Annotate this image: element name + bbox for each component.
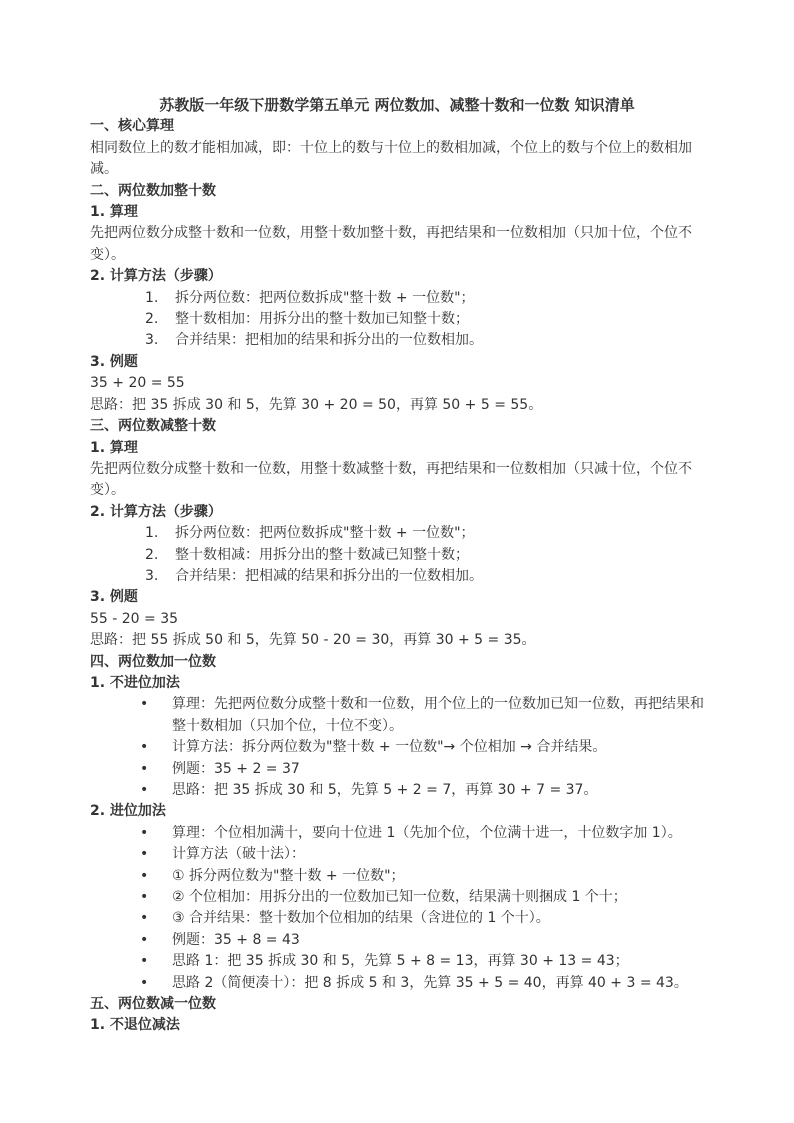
list-number: 3. bbox=[145, 566, 175, 587]
step-text: 整十数相加：用拆分出的整十数加已知整十数； bbox=[175, 309, 704, 330]
bullet-list-item: • 思路 1：把 35 拆成 30 和 5，先算 5 + 8 = 13，再算 3… bbox=[90, 951, 704, 972]
solution-thought: 思路：把 35 拆成 30 和 5，先算 30 + 20 = 50，再算 50 … bbox=[90, 395, 704, 416]
section-heading-add-ones: 四、两位数加一位数 bbox=[90, 652, 704, 673]
bullet-text: 思路 2（简便凑十）：把 8 拆成 5 和 3，先算 35 + 5 = 40，再… bbox=[172, 973, 704, 994]
paragraph: 先把两位数分成整十数和一位数，用整十数加整十数，再把结果和一位数相加（只加十位，… bbox=[90, 223, 704, 266]
subheading-no-carry: 1. 不进位加法 bbox=[90, 673, 704, 694]
bullet-text: 计算方法（破十法）： bbox=[172, 844, 704, 865]
bullet-icon: • bbox=[140, 908, 172, 929]
section-heading-subtract-ones: 五、两位数减一位数 bbox=[90, 994, 704, 1015]
bullet-icon: • bbox=[140, 780, 172, 801]
step-text: 合并结果：把相加的结果和拆分出的一位数相加。 bbox=[175, 330, 704, 351]
section-heading-add-tens: 二、两位数加整十数 bbox=[90, 181, 704, 202]
ordered-list-item: 3. 合并结果：把相减的结果和拆分出的一位数相加。 bbox=[90, 566, 704, 587]
subheading-example: 3. 例题 bbox=[90, 587, 704, 608]
list-number: 1. bbox=[145, 288, 175, 309]
subheading-no-borrow: 1. 不退位减法 bbox=[90, 1015, 704, 1036]
bullet-text: ① 拆分两位数为"整十数 + 一位数"； bbox=[172, 866, 704, 887]
bullet-text: 算理：先把两位数分成整十数和一位数，用个位上的一位数加已知一位数，再把结果和整十… bbox=[172, 694, 704, 737]
subheading-principle: 1. 算理 bbox=[90, 438, 704, 459]
bullet-list-item: • 计算方法（破十法）： bbox=[90, 844, 704, 865]
bullet-text: ③ 合并结果：整十数加个位相加的结果（含进位的 1 个十）。 bbox=[172, 908, 704, 929]
list-number: 1. bbox=[145, 523, 175, 544]
bullet-text: 例题：35 + 2 = 37 bbox=[172, 759, 704, 780]
list-number: 2. bbox=[145, 545, 175, 566]
subheading-carry: 2. 进位加法 bbox=[90, 801, 704, 822]
ordered-list-item: 1. 拆分两位数：把两位数拆成"整十数 + 一位数"； bbox=[90, 288, 704, 309]
bullet-list-item: • 算理：个位相加满十，要向十位进 1（先加个位，个位满十进一，十位数字加 1）… bbox=[90, 823, 704, 844]
equation: 55 - 20 = 35 bbox=[90, 609, 704, 630]
step-text: 整十数相减：用拆分出的整十数减已知整十数； bbox=[175, 545, 704, 566]
bullet-icon: • bbox=[140, 737, 172, 758]
bullet-icon: • bbox=[140, 844, 172, 865]
bullet-list-item: • 例题：35 + 8 = 43 bbox=[90, 930, 704, 951]
ordered-list-item: 1. 拆分两位数：把两位数拆成"整十数 + 一位数"； bbox=[90, 523, 704, 544]
bullet-text: 思路 1：把 35 拆成 30 和 5，先算 5 + 8 = 13，再算 30 … bbox=[172, 951, 704, 972]
bullet-text: 例题：35 + 8 = 43 bbox=[172, 930, 704, 951]
bullet-list-item: • 例题：35 + 2 = 37 bbox=[90, 759, 704, 780]
ordered-list-item: 3. 合并结果：把相加的结果和拆分出的一位数相加。 bbox=[90, 330, 704, 351]
bullet-icon: • bbox=[140, 973, 172, 994]
bullet-list-item: • 思路：把 35 拆成 30 和 5，先算 5 + 2 = 7，再算 30 +… bbox=[90, 780, 704, 801]
bullet-list-item: • ③ 合并结果：整十数加个位相加的结果（含进位的 1 个十）。 bbox=[90, 908, 704, 929]
list-number: 2. bbox=[145, 309, 175, 330]
paragraph: 相同数位上的数才能相加减，即：十位上的数与十位上的数相加减，个位上的数与个位上的… bbox=[90, 138, 704, 181]
bullet-list-item: • ② 个位相加：用拆分出的一位数加已知一位数，结果满十则捆成 1 个十； bbox=[90, 887, 704, 908]
step-text: 拆分两位数：把两位数拆成"整十数 + 一位数"； bbox=[175, 288, 704, 309]
bullet-icon: • bbox=[140, 866, 172, 887]
bullet-list-item: • 算理：先把两位数分成整十数和一位数，用个位上的一位数加已知一位数，再把结果和… bbox=[90, 694, 704, 737]
bullet-text: 计算方法：拆分两位数为"整十数 + 一位数"→ 个位相加 → 合并结果。 bbox=[172, 737, 704, 758]
subheading-principle: 1. 算理 bbox=[90, 202, 704, 223]
bullet-text: ② 个位相加：用拆分出的一位数加已知一位数，结果满十则捆成 1 个十； bbox=[172, 887, 704, 908]
document-page: 苏教版一年级下册数学第五单元 两位数加、减整十数和一位数 知识清单 一、核心算理… bbox=[0, 0, 794, 1123]
bullet-list-item: • 思路 2（简便凑十）：把 8 拆成 5 和 3，先算 35 + 5 = 40… bbox=[90, 973, 704, 994]
list-number: 3. bbox=[145, 330, 175, 351]
bullet-icon: • bbox=[140, 930, 172, 951]
subheading-example: 3. 例题 bbox=[90, 352, 704, 373]
section-heading-core-principle: 一、核心算理 bbox=[90, 116, 704, 137]
bullet-text: 思路：把 35 拆成 30 和 5，先算 5 + 2 = 7，再算 30 + 7… bbox=[172, 780, 704, 801]
bullet-icon: • bbox=[140, 823, 172, 844]
ordered-list-item: 2. 整十数相减：用拆分出的整十数减已知整十数； bbox=[90, 545, 704, 566]
bullet-icon: • bbox=[140, 951, 172, 972]
equation: 35 + 20 = 55 bbox=[90, 373, 704, 394]
solution-thought: 思路：把 55 拆成 50 和 5，先算 50 - 20 = 30，再算 30 … bbox=[90, 630, 704, 651]
step-text: 合并结果：把相减的结果和拆分出的一位数相加。 bbox=[175, 566, 704, 587]
step-text: 拆分两位数：把两位数拆成"整十数 + 一位数"； bbox=[175, 523, 704, 544]
section-heading-subtract-tens: 三、两位数减整十数 bbox=[90, 416, 704, 437]
subheading-method: 2. 计算方法（步骤） bbox=[90, 266, 704, 287]
bullet-icon: • bbox=[140, 887, 172, 908]
document-title: 苏教版一年级下册数学第五单元 两位数加、减整十数和一位数 知识清单 bbox=[90, 95, 704, 116]
bullet-list-item: • ① 拆分两位数为"整十数 + 一位数"； bbox=[90, 866, 704, 887]
bullet-icon: • bbox=[140, 759, 172, 780]
paragraph: 先把两位数分成整十数和一位数，用整十数减整十数，再把结果和一位数相加（只减十位，… bbox=[90, 459, 704, 502]
ordered-list-item: 2. 整十数相加：用拆分出的整十数加已知整十数； bbox=[90, 309, 704, 330]
bullet-icon: • bbox=[140, 694, 172, 737]
bullet-text: 算理：个位相加满十，要向十位进 1（先加个位，个位满十进一，十位数字加 1）。 bbox=[172, 823, 704, 844]
subheading-method: 2. 计算方法（步骤） bbox=[90, 502, 704, 523]
bullet-list-item: • 计算方法：拆分两位数为"整十数 + 一位数"→ 个位相加 → 合并结果。 bbox=[90, 737, 704, 758]
